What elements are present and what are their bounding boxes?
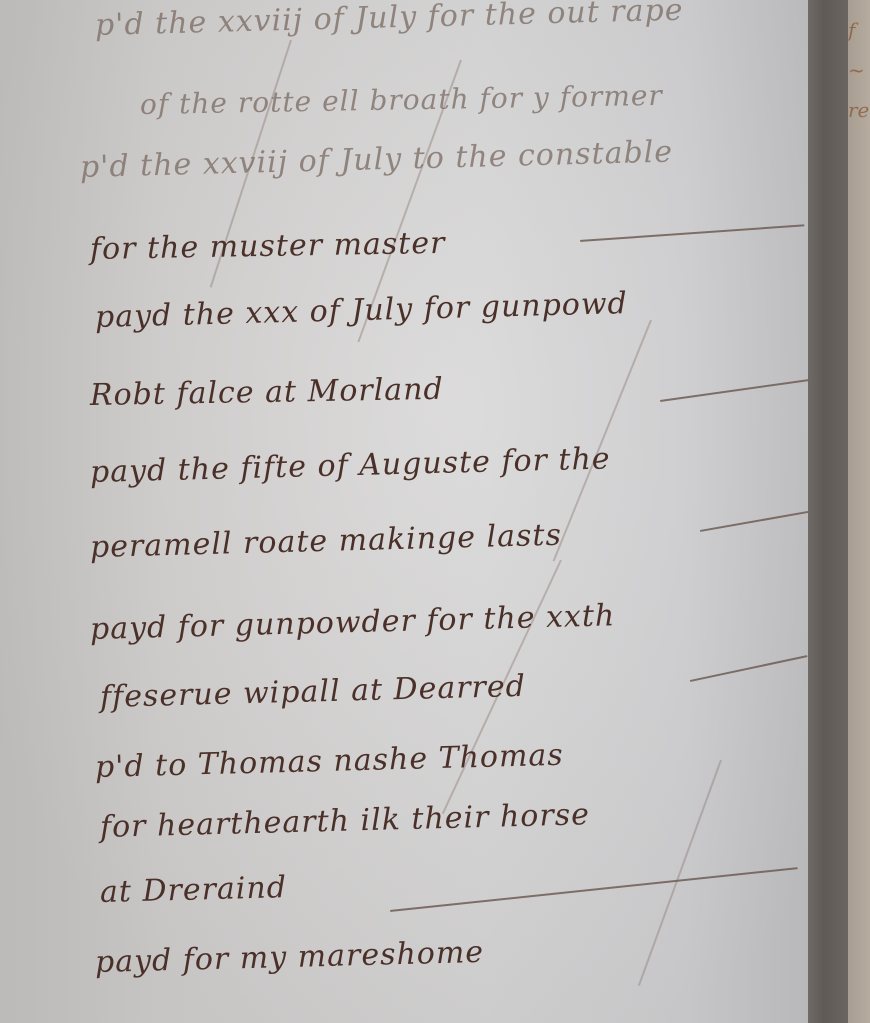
binding-shadow xyxy=(808,0,848,1023)
facing-page-edge xyxy=(848,0,870,1023)
manuscript-line: for the muster master xyxy=(90,226,446,267)
manuscript-line: Robt falce at Morland xyxy=(90,372,444,413)
facing-page-script: f ~ re xyxy=(848,10,870,130)
manuscript-line: at Dreraind xyxy=(100,870,288,910)
